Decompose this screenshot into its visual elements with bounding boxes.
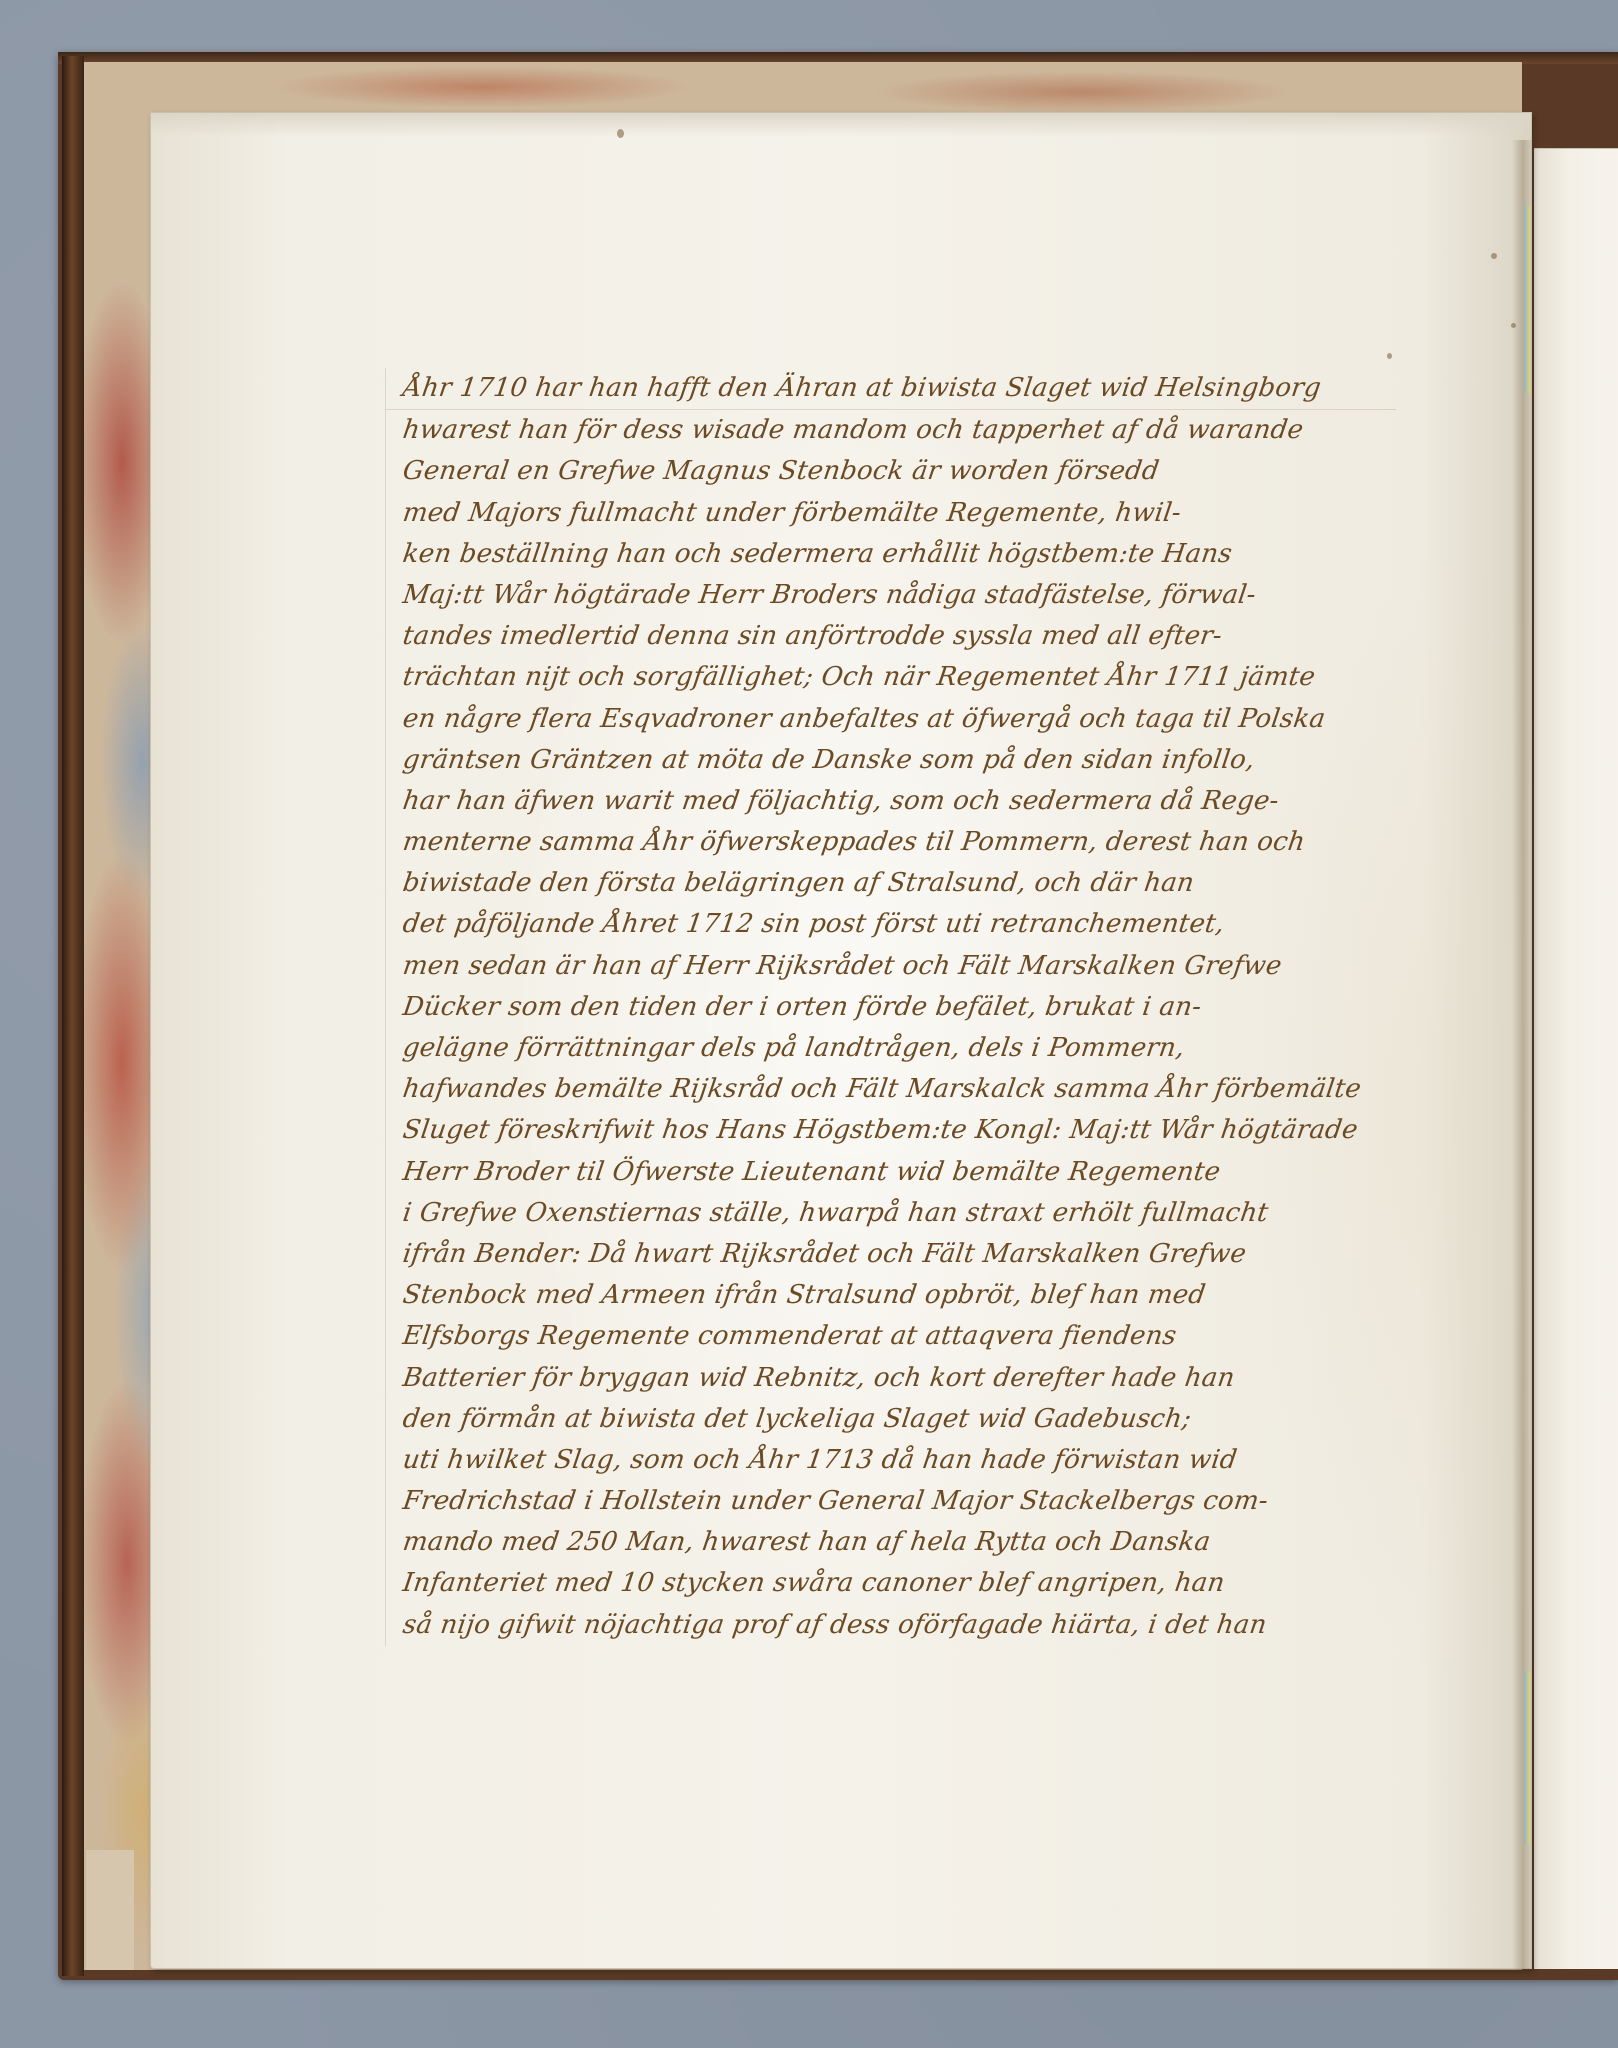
manuscript-text-block: Åhr 1710 har han hafft den Ähran at biwi… <box>385 368 1396 1646</box>
manuscript-line: i Grefwe Oxenstiernas ställe, hwarpå han… <box>386 1193 1402 1234</box>
manuscript-line: en någre flera Esqvadroner anbefaltes at… <box>386 699 1402 740</box>
cover-spine-edge <box>62 56 84 1976</box>
manuscript-line: menterne samma Åhr öfwerskeppades til Po… <box>386 822 1402 863</box>
binding-thread <box>1524 205 1530 395</box>
manuscript-line: Åhr 1710 har han hafft den Ähran at biwi… <box>386 368 1402 410</box>
manuscript-line: Fredrichstad i Hollstein under General M… <box>386 1481 1402 1522</box>
manuscript-line: det påföljande Åhret 1712 sin post först… <box>386 904 1402 945</box>
manuscript-line: så nijo gifwit nöjachtiga prof af dess o… <box>386 1605 1402 1646</box>
manuscript-line: Maj:tt Wår högtärade Herr Broders nådiga… <box>386 575 1402 616</box>
gutter <box>1512 140 1534 1970</box>
manuscript-line: gräntsen Gräntzen at möta de Danske som … <box>386 740 1402 781</box>
manuscript-line: ken beställning han och sedermera erhåll… <box>386 534 1402 575</box>
manuscript-line: Batterier för bryggan wid Rebnitz, och k… <box>386 1358 1402 1399</box>
manuscript-line: General en Grefwe Magnus Stenbock är wor… <box>386 451 1402 492</box>
foxing-spot <box>1491 253 1497 259</box>
right-page <box>1534 148 1618 1969</box>
manuscript-line: hafwandes bemälte Rijksråd och Fält Mars… <box>386 1069 1402 1110</box>
manuscript-line: tandes imedlertid denna sin anförtrodde … <box>386 616 1402 657</box>
foxing-spot <box>1387 353 1392 359</box>
binding-thread <box>1524 1670 1530 1845</box>
manuscript-line: men sedan är han af Herr Rijksrådet och … <box>386 946 1402 987</box>
manuscript-line: den förmån at biwista det lyckeliga Slag… <box>386 1399 1402 1440</box>
manuscript-line: Herr Broder til Öfwerste Lieutenant wid … <box>386 1152 1402 1193</box>
endpaper-plain-strip <box>86 1850 134 1970</box>
manuscript-line: biwistade den första belägringen af Stra… <box>386 863 1402 904</box>
manuscript-line: hwarest han för dess wisade mandom och t… <box>386 410 1402 451</box>
manuscript-line: Stenbock med Armeen ifrån Stralsund opbr… <box>386 1275 1402 1316</box>
manuscript-line: ifrån Bender: Då hwart Rijksrådet och Fä… <box>386 1234 1402 1275</box>
manuscript-line: gelägne förrättningar dels på landtrågen… <box>386 1028 1402 1069</box>
manuscript-line: Dücker som den tiden der i orten förde b… <box>386 987 1402 1028</box>
manuscript-line: uti hwilket Slag, som och Åhr 1713 då ha… <box>386 1440 1402 1481</box>
manuscript-line: mando med 250 Man, hwarest han af hela R… <box>386 1522 1402 1563</box>
manuscript-line: trächtan nijt och sorgfällighet; Och när… <box>386 657 1402 698</box>
manuscript-line: med Majors fullmacht under förbemälte Re… <box>386 493 1402 534</box>
foxing-spot <box>617 129 624 138</box>
manuscript-line: Infanteriet med 10 stycken swåra canoner… <box>386 1563 1402 1604</box>
manuscript-line: Sluget föreskrifwit hos Hans Högstbem:te… <box>386 1110 1402 1151</box>
manuscript-line: har han äfwen warit med följachtig, som … <box>386 781 1402 822</box>
manuscript-line: Elfsborgs Regemente commenderat at attaq… <box>386 1316 1402 1357</box>
